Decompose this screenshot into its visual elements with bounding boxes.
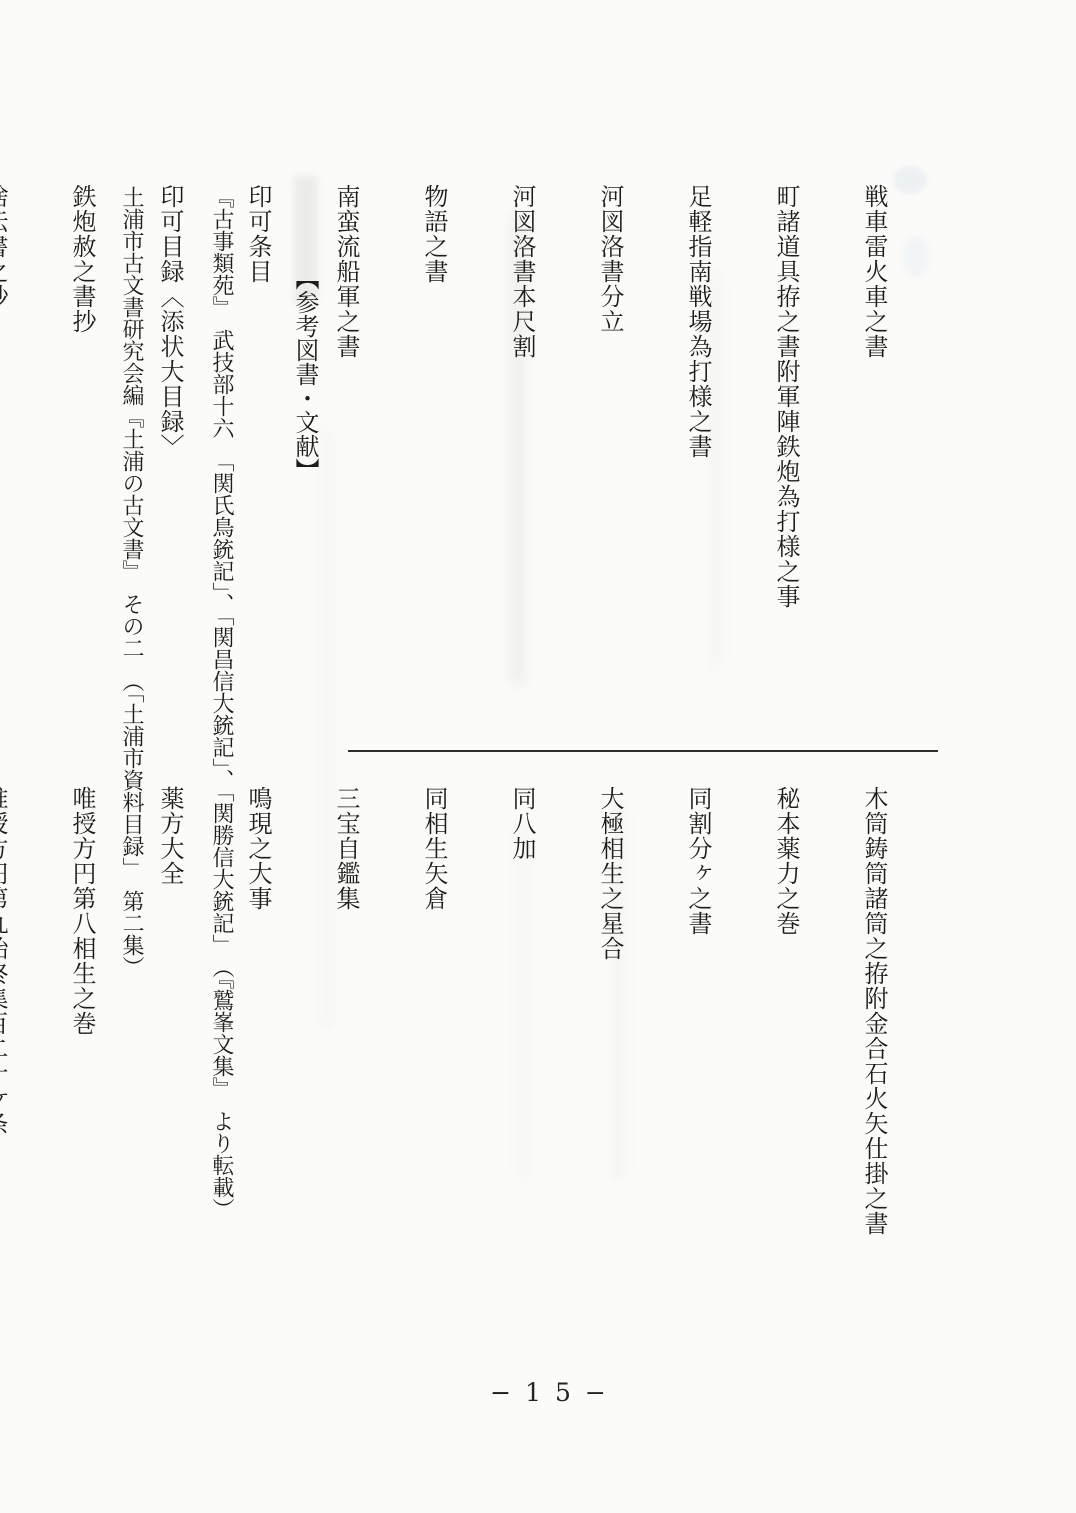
references-heading: 【参考図書・文献】	[290, 266, 320, 482]
catalog-title: 同八加	[497, 786, 547, 1286]
catalog-title: 三宝自鑑集	[321, 786, 371, 1286]
catalog-title: 河図洛書分立	[585, 184, 635, 674]
catalog-title: 同相生矢倉	[409, 786, 459, 1286]
catalog-title: 河図洛書本尺割	[497, 184, 547, 674]
section-divider-line	[348, 750, 938, 752]
catalog-title: 木筒鋳筒諸筒之拵附金合石火矢仕掛之書	[849, 786, 899, 1286]
catalog-title: 大極相生之星合	[585, 786, 635, 1286]
catalog-title: 同割分ヶ之書	[673, 786, 723, 1286]
reference-entry: 土浦市古文書研究会編『土浦の古文書』 その二 （「土浦市資料目録」 第二集）	[105, 186, 157, 1336]
scanned-document-page: { "page": { "number": "−15−" }, "section…	[0, 0, 1076, 1513]
catalog-title: 捨伝書之抄	[0, 184, 19, 674]
page-number: −15−	[0, 1378, 1076, 1407]
catalog-title: 唯授方円第九始終集百二十ヶ条	[0, 786, 19, 1286]
catalog-title: 町諸道具拵之書附軍陣鉄炮為打様之事	[761, 184, 811, 674]
catalog-title: 南蛮流船軍之書	[321, 184, 371, 674]
references-list: 『古事類苑』 武技部十六 「関氏鳥銃記」、「関昌信大銃記」、「関勝信大銃記」 （…	[86, 186, 285, 1336]
reference-entry: 『古事類苑』 武技部十六 「関氏鳥銃記」、「関昌信大銃記」、「関勝信大銃記」 （…	[195, 186, 247, 1336]
catalog-title: 足軽指南戦場為打様之書	[673, 184, 723, 674]
catalog-title: 物語之書	[409, 184, 459, 674]
catalog-title: 秘本薬力之巻	[761, 786, 811, 1286]
catalog-title: 戦車雷火車之書	[849, 184, 899, 674]
